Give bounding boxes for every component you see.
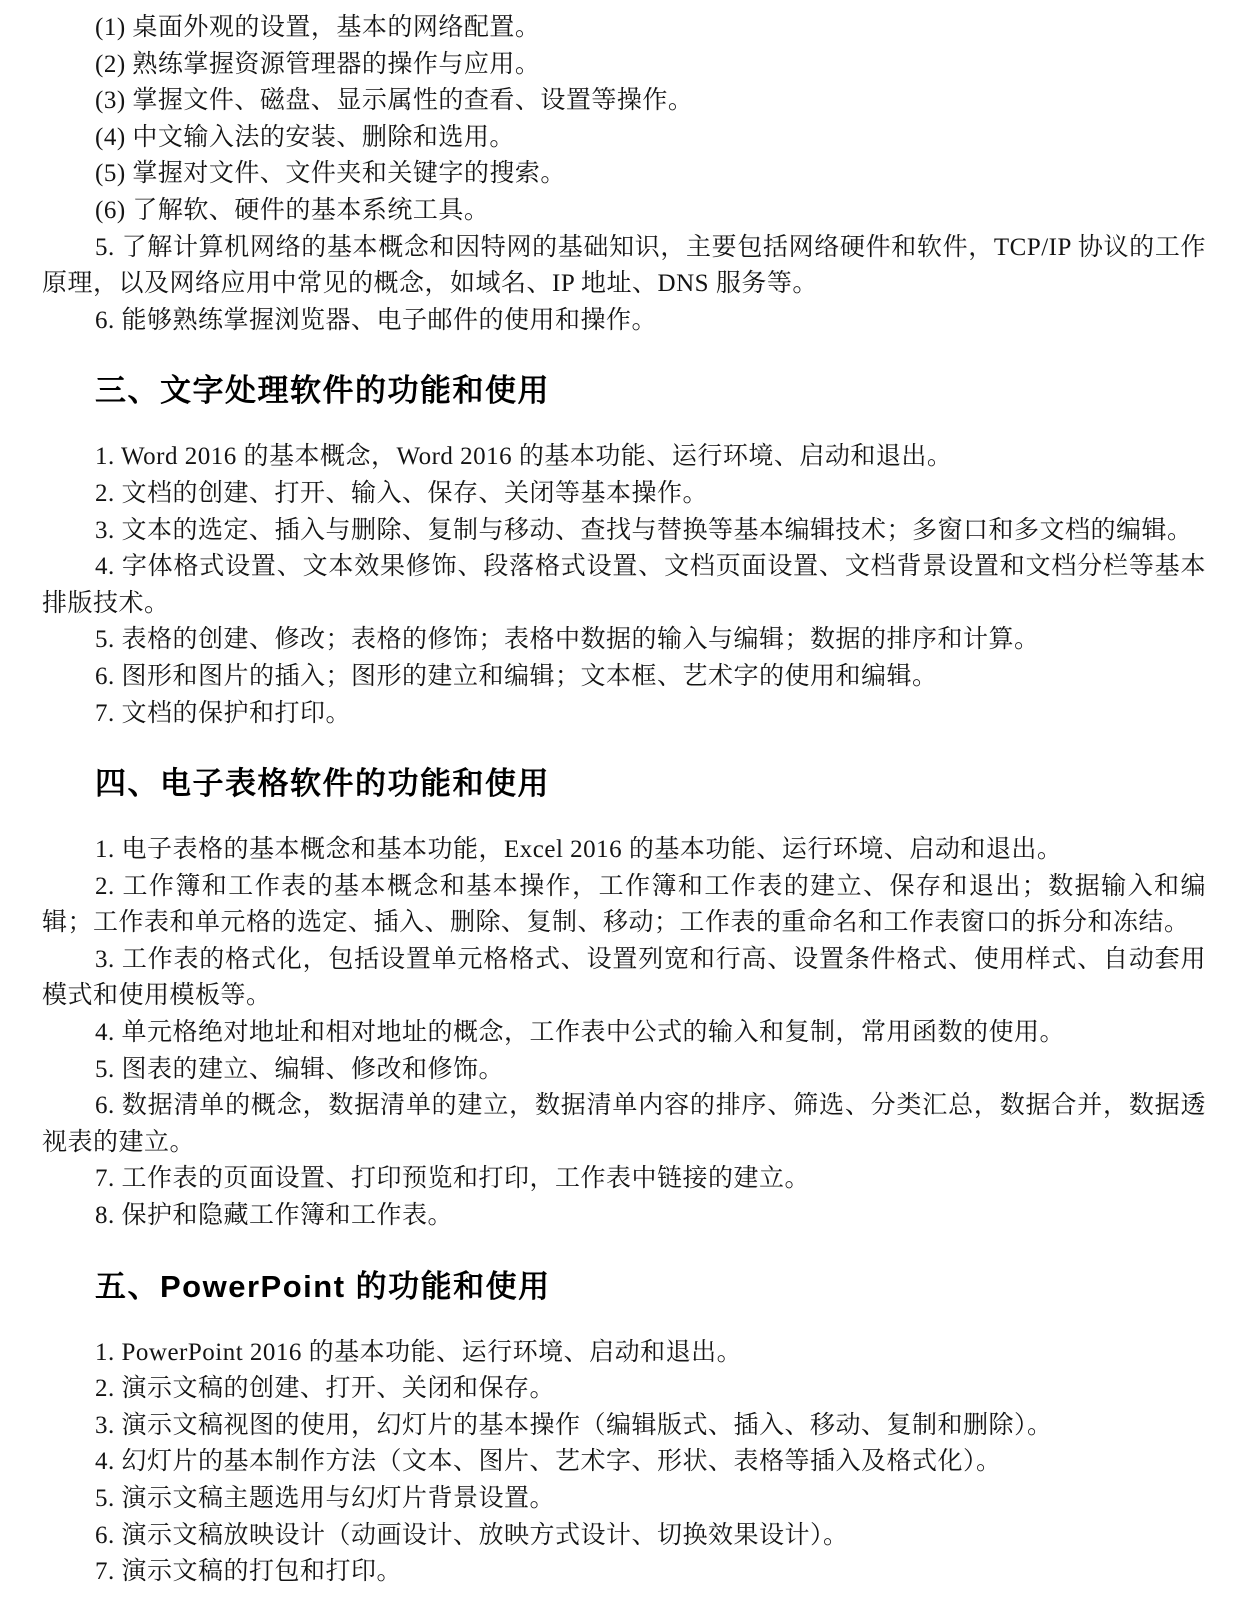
list-item: 8. 保护和隐藏工作簿和工作表。 xyxy=(42,1198,1206,1235)
list-item: 4. 幻灯片的基本制作方法（文本、图片、艺术字、形状、表格等插入及格式化）。 xyxy=(42,1444,1206,1481)
list-item: 1. Word 2016 的基本概念，Word 2016 的基本功能、运行环境、… xyxy=(42,439,1206,476)
document-page: (1) 桌面外观的设置，基本的网络配置。 (2) 熟练掌握资源管理器的操作与应用… xyxy=(0,0,1248,1620)
list-item: 2. 演示文稿的创建、打开、关闭和保存。 xyxy=(42,1371,1206,1408)
list-item: (2) 熟练掌握资源管理器的操作与应用。 xyxy=(42,47,1206,84)
list-item: (5) 掌握对文件、文件夹和关键字的搜索。 xyxy=(42,156,1206,193)
list-item: 2. 文档的创建、打开、输入、保存、关闭等基本操作。 xyxy=(42,476,1206,513)
list-item: 2. 工作簿和工作表的基本概念和基本操作，工作簿和工作表的建立、保存和退出；数据… xyxy=(42,869,1206,942)
list-item: 7. 演示文稿的打包和打印。 xyxy=(42,1554,1206,1591)
paragraph: 6. 能够熟练掌握浏览器、电子邮件的使用和操作。 xyxy=(42,303,1206,340)
list-item: 4. 单元格绝对地址和相对地址的概念，工作表中公式的输入和复制，常用函数的使用。 xyxy=(42,1015,1206,1052)
list-item: (6) 了解软、硬件的基本系统工具。 xyxy=(42,193,1206,230)
list-item: 3. 文本的选定、插入与删除、复制与移动、查找与替换等基本编辑技术；多窗口和多文… xyxy=(42,513,1206,550)
list-item: 1. 电子表格的基本概念和基本功能，Excel 2016 的基本功能、运行环境、… xyxy=(42,832,1206,869)
list-item: 5. 表格的创建、修改；表格的修饰；表格中数据的输入与编辑；数据的排序和计算。 xyxy=(42,622,1206,659)
list-item: 1. PowerPoint 2016 的基本功能、运行环境、启动和退出。 xyxy=(42,1335,1206,1372)
section-heading-word: 三、文字处理软件的功能和使用 xyxy=(42,369,1206,413)
list-item: 3. 工作表的格式化，包括设置单元格格式、设置列宽和行高、设置条件格式、使用样式… xyxy=(42,942,1206,1015)
list-item: (3) 掌握文件、磁盘、显示属性的查看、设置等操作。 xyxy=(42,83,1206,120)
list-item: 5. 图表的建立、编辑、修改和修饰。 xyxy=(42,1052,1206,1089)
list-item: 6. 数据清单的概念，数据清单的建立，数据清单内容的排序、筛选、分类汇总，数据合… xyxy=(42,1088,1206,1161)
list-item: (1) 桌面外观的设置，基本的网络配置。 xyxy=(42,10,1206,47)
list-item: (4) 中文输入法的安装、删除和选用。 xyxy=(42,120,1206,157)
list-item: 5. 演示文稿主题选用与幻灯片背景设置。 xyxy=(42,1481,1206,1518)
list-item: 7. 文档的保护和打印。 xyxy=(42,696,1206,733)
list-item: 6. 图形和图片的插入；图形的建立和编辑；文本框、艺术字的使用和编辑。 xyxy=(42,659,1206,696)
list-item: 3. 演示文稿视图的使用，幻灯片的基本操作（编辑版式、插入、移动、复制和删除）。 xyxy=(42,1408,1206,1445)
paragraph: 5. 了解计算机网络的基本概念和因特网的基础知识，主要包括网络硬件和软件，TCP… xyxy=(42,230,1206,303)
section-heading-excel: 四、电子表格软件的功能和使用 xyxy=(42,762,1206,806)
list-item: 6. 演示文稿放映设计（动画设计、放映方式设计、切换效果设计）。 xyxy=(42,1518,1206,1555)
section-heading-powerpoint: 五、PowerPoint 的功能和使用 xyxy=(42,1265,1206,1309)
list-item: 7. 工作表的页面设置、打印预览和打印，工作表中链接的建立。 xyxy=(42,1161,1206,1198)
list-item: 4. 字体格式设置、文本效果修饰、段落格式设置、文档页面设置、文档背景设置和文档… xyxy=(42,549,1206,622)
